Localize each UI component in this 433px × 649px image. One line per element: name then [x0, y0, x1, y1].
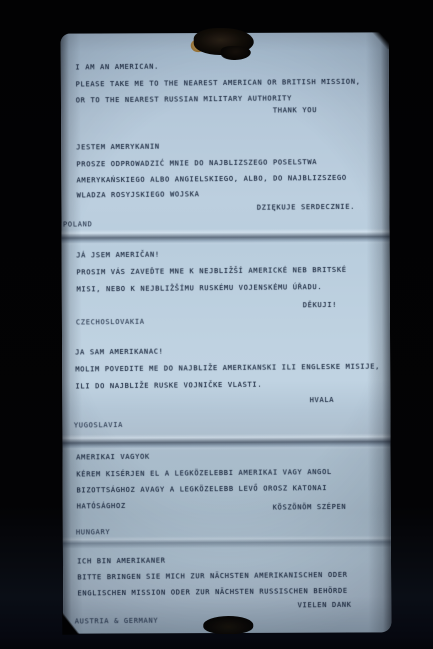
phrase-line: ICH BIN AMERIKANER — [77, 557, 166, 566]
phrase-line: BIZOTTSÁGHOZ AVAGY A LEGKÖZELEBB LEVŐ OR… — [76, 484, 327, 494]
country-label: HUNGARY — [76, 528, 110, 536]
phrase-line: PLEASE TAKE ME TO THE NEAREST AMERICAN O… — [76, 78, 361, 89]
phrase-line: ILI DO NAJBLIŽE RUSKE VOJNIČKE VLASTI. — [75, 381, 262, 391]
country-label: AUSTRIA & GERMANY — [75, 617, 159, 626]
phrase-line: ENGLISCHEN MISSION ODER ZUR NÄCHSTEN RUS… — [77, 587, 347, 598]
phrase-line: MISI, NEBO K NEJBLIŽŠÍMU RUSKÉMU VOJENSK… — [77, 283, 323, 293]
country-label: POLAND — [63, 220, 93, 228]
photo-background: I AM AN AMERICAN. PLEASE TAKE ME TO THE … — [0, 0, 433, 649]
phrase-line: JESTEM AMERYKANIN — [76, 143, 160, 152]
phrase-line: AMERYKAŃSKIEGO ALBO ANGIELSKIEGO, ALBO, … — [76, 174, 346, 185]
phrase-line: WLADZA ROSYJSKIEGO WOJSKA — [77, 190, 200, 199]
phrase-line: KÉREM KISÉRJEN EL A LEGKÖZELEBBI AMERIKA… — [76, 468, 332, 478]
country-label: YUGOSLAVIA — [74, 421, 123, 429]
thanks-line: DZIĘKUJE SERDECZNIE. — [257, 203, 355, 212]
phrase-line: AMERIKAI VAGYOK — [76, 453, 150, 462]
phrase-line: JÁ JSEM AMERIČAN! — [76, 251, 160, 260]
phrase-line: BITTE BRINGEN SIE MICH ZUR NÄCHSTEN AMER… — [77, 571, 347, 582]
phrase-line: MOLIM POVEDITE ME DO NAJBLIŽE AMERIKANSK… — [75, 363, 380, 374]
card-text: I AM AN AMERICAN. PLEASE TAKE ME TO THE … — [59, 31, 393, 634]
thanks-line: DĚKUJI! — [303, 301, 337, 309]
thanks-line: HVALA — [310, 396, 335, 404]
phrase-line: I AM AN AMERICAN. — [75, 63, 159, 72]
phrase-card-paper: I AM AN AMERICAN. PLEASE TAKE ME TO THE … — [61, 32, 392, 633]
paper-corner-shadow — [62, 605, 80, 635]
thanks-line: KÖSZÖNÖM SZÉPEN — [273, 503, 347, 512]
phrase-line: HATÓSÁGHOZ — [77, 502, 126, 510]
country-label: CZECHOSLOVAKIA — [76, 318, 145, 327]
thanks-line: THANK YOU — [273, 106, 317, 114]
phrase-line: PROSZE ODPROWADZIĆ MNIE DO NAJBLIZSZEGO … — [76, 158, 317, 168]
phrase-line: PROSIM VÁS ZAVEĎTE MNE K NEJBLIŽŠÍ AMERI… — [76, 266, 346, 277]
paper-corner-shadow — [356, 31, 390, 49]
phrase-line: OR TO THE NEAREST RUSSIAN MILITARY AUTHO… — [76, 94, 292, 104]
phrase-line: JA SAM AMERIKANAC! — [75, 348, 164, 357]
thanks-line: VIELEN DANK — [298, 601, 352, 610]
